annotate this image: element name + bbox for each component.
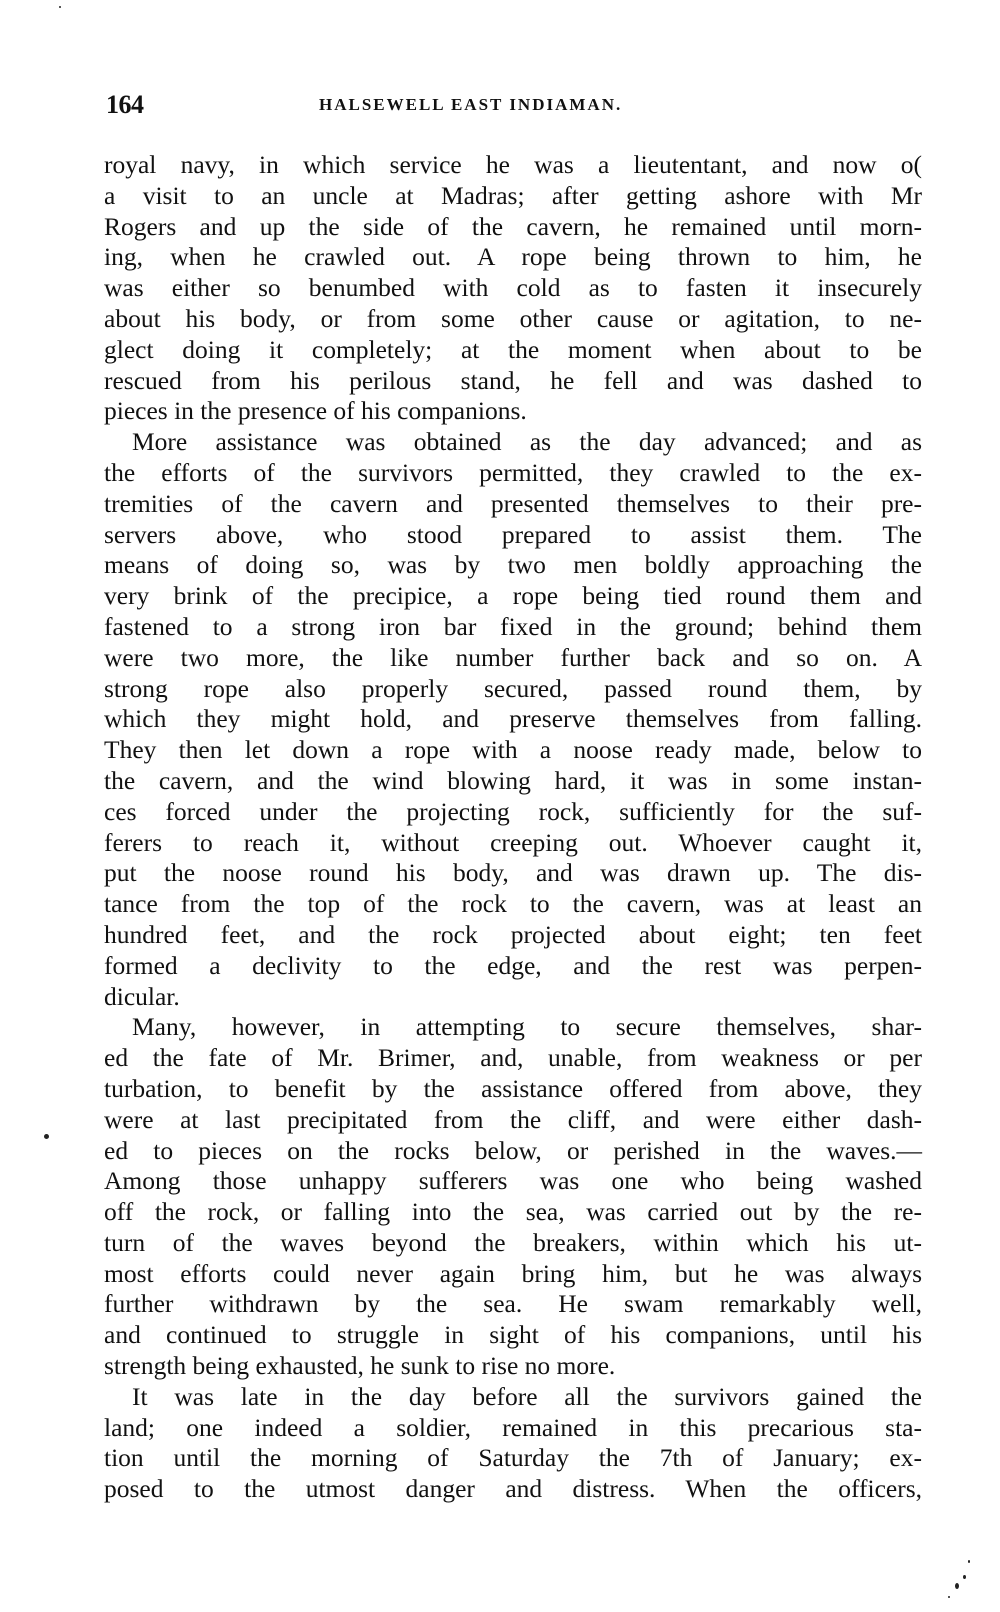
scan-speck bbox=[59, 6, 61, 8]
text-line: the efforts of the survivors permitted, … bbox=[104, 458, 922, 489]
text-line: royal navy, in which service he was a li… bbox=[104, 150, 922, 181]
text-line: pieces in the presence of his companions… bbox=[104, 396, 922, 427]
book-page: 164 HALSEWELL EAST INDIAMAN. royal navy,… bbox=[0, 0, 1000, 1612]
scan-speck bbox=[44, 1134, 49, 1139]
text-line: More assistance was obtained as the day … bbox=[104, 427, 922, 458]
text-line: about his body, or from some other cause… bbox=[104, 304, 922, 335]
paragraph: royal navy, in which service he was a li… bbox=[104, 150, 922, 427]
text-line: Rogers and up the side of the cavern, he… bbox=[104, 212, 922, 243]
text-line: most efforts could never again bring him… bbox=[104, 1259, 922, 1290]
text-line: Many, however, in attempting to secure t… bbox=[104, 1012, 922, 1043]
scan-speck bbox=[955, 1583, 959, 1589]
text-line: ed to pieces on the rocks below, or peri… bbox=[104, 1136, 922, 1167]
text-line: put the noose round his body, and was dr… bbox=[104, 858, 922, 889]
text-line: hundred feet, and the rock projected abo… bbox=[104, 920, 922, 951]
text-line: dicular. bbox=[104, 982, 922, 1013]
text-line: further withdrawn by the sea. He swam re… bbox=[104, 1289, 922, 1320]
scan-speck bbox=[948, 1596, 950, 1598]
running-head: HALSEWELL EAST INDIAMAN. bbox=[319, 95, 622, 115]
text-line: a visit to an uncle at Madras; after get… bbox=[104, 181, 922, 212]
text-line: were at last precipitated from the cliff… bbox=[104, 1105, 922, 1136]
text-line: posed to the utmost danger and distress.… bbox=[104, 1474, 922, 1505]
page-number: 164 bbox=[106, 90, 144, 120]
text-line: ferers to reach it, without creeping out… bbox=[104, 828, 922, 859]
text-line: formed a declivity to the edge, and the … bbox=[104, 951, 922, 982]
text-line: strength being exhausted, he sunk to ris… bbox=[104, 1351, 922, 1382]
text-line: very brink of the precipice, a rope bein… bbox=[104, 581, 922, 612]
text-line: tremities of the cavern and presented th… bbox=[104, 489, 922, 520]
paragraph: More assistance was obtained as the day … bbox=[104, 427, 922, 1012]
text-line: off the rock, or falling into the sea, w… bbox=[104, 1197, 922, 1228]
text-line: strong rope also properly secured, passe… bbox=[104, 674, 922, 705]
text-line: rescued from his perilous stand, he fell… bbox=[104, 366, 922, 397]
text-line: means of doing so, was by two men boldly… bbox=[104, 550, 922, 581]
text-line: Among those unhappy sufferers was one wh… bbox=[104, 1166, 922, 1197]
paragraph: Many, however, in attempting to secure t… bbox=[104, 1012, 922, 1382]
text-line: which they might hold, and preserve them… bbox=[104, 704, 922, 735]
text-line: They then let down a rope with a noose r… bbox=[104, 735, 922, 766]
paragraph: It was late in the day before all the su… bbox=[104, 1382, 922, 1505]
scan-speck bbox=[963, 1575, 966, 1579]
text-line: It was late in the day before all the su… bbox=[104, 1382, 922, 1413]
text-line: were two more, the like number further b… bbox=[104, 643, 922, 674]
text-line: tion until the morning of Saturday the 7… bbox=[104, 1443, 922, 1474]
body-text: royal navy, in which service he was a li… bbox=[104, 150, 922, 1505]
text-line: tance from the top of the rock to the ca… bbox=[104, 889, 922, 920]
text-line: fastened to a strong iron bar fixed in t… bbox=[104, 612, 922, 643]
page-header: 164 HALSEWELL EAST INDIAMAN. bbox=[106, 90, 921, 116]
text-line: ing, when he crawled out. A rope being t… bbox=[104, 242, 922, 273]
text-line: and continued to struggle in sight of hi… bbox=[104, 1320, 922, 1351]
text-line: turbation, to benefit by the assistance … bbox=[104, 1074, 922, 1105]
text-line: land; one indeed a soldier, remained in … bbox=[104, 1413, 922, 1444]
text-line: glect doing it completely; at the moment… bbox=[104, 335, 922, 366]
text-line: ces forced under the projecting rock, su… bbox=[104, 797, 922, 828]
text-line: was either so benumbed with cold as to f… bbox=[104, 273, 922, 304]
text-line: ed the fate of Mr. Brimer, and, unable, … bbox=[104, 1043, 922, 1074]
text-line: turn of the waves beyond the breakers, w… bbox=[104, 1228, 922, 1259]
text-line: servers above, who stood prepared to ass… bbox=[104, 520, 922, 551]
scan-speck bbox=[968, 1560, 970, 1563]
text-line: the cavern, and the wind blowing hard, i… bbox=[104, 766, 922, 797]
